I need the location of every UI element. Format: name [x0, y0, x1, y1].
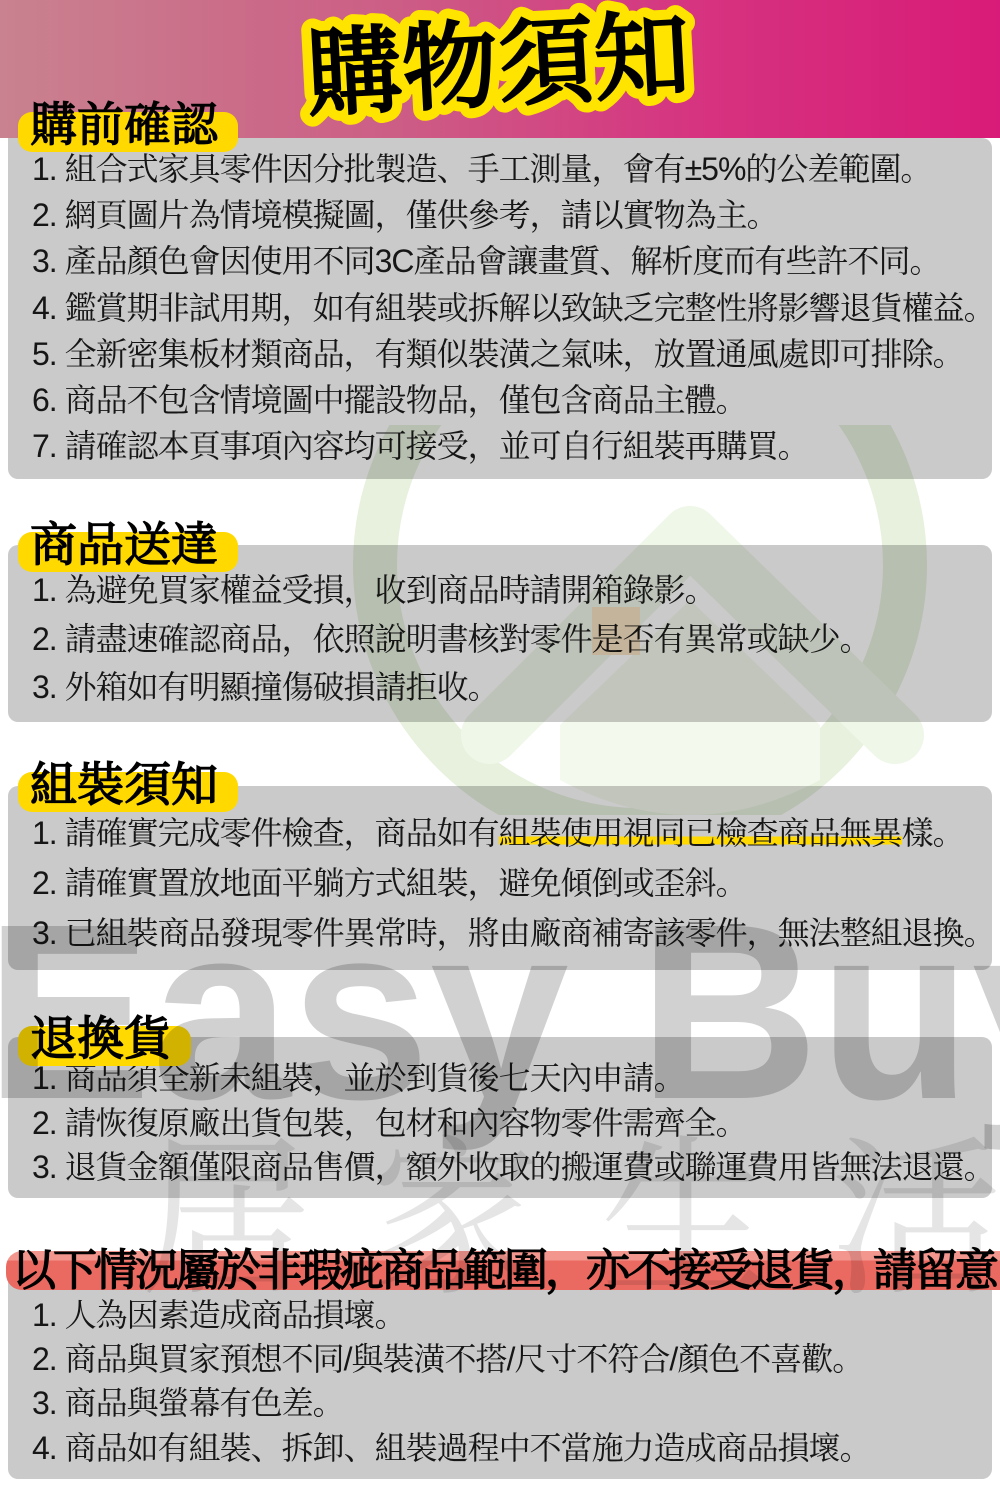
- panel-pre-purchase: 1. 組合式家具零件因分批製造、手工測量，會有±5%的公差範圍。2. 網頁圖片為…: [8, 138, 992, 479]
- notice-item: 5. 全新密集板材類商品，有類似裝潢之氣味，放置通風處即可排除。: [32, 337, 984, 373]
- page-title: 購物須知: [258, 0, 738, 134]
- notice-item: 3. 商品與螢幕有色差。: [32, 1386, 984, 1422]
- notice-item: 6. 商品不包含情境圖中擺設物品，僅包含商品主體。: [32, 383, 984, 419]
- section-heading-pre-purchase: 購前確認: [30, 88, 218, 155]
- notice-item: 1. 為避免買家權益受損，收到商品時請開箱錄影。: [32, 573, 984, 609]
- notice-item: 1. 商品須全新未組裝，並於到貨後七天內申請。: [32, 1061, 984, 1097]
- highlighted-text: 組裝使用視同已檢查商品無異: [499, 815, 902, 851]
- notice-list-pre-purchase: 1. 組合式家具零件因分批製造、手工測量，會有±5%的公差範圍。2. 網頁圖片為…: [8, 138, 992, 479]
- section-heading-assembly: 組裝須知: [30, 748, 218, 815]
- section-heading-delivery: 商品送達: [30, 508, 218, 575]
- section-heading-returns: 退換貨: [30, 1002, 171, 1069]
- notice-item: 3. 已組裝商品發現零件異常時，將由廠商補寄該零件，無法整組退換。: [32, 916, 984, 952]
- notice-item: 4. 商品如有組裝、拆卸、組裝過程中不當施力造成商品損壞。: [32, 1431, 984, 1467]
- notice-item: 1. 人為因素造成商品損壞。: [32, 1298, 984, 1334]
- notice-item: 7. 請確認本頁事項內容均可接受，並可自行組裝再購買。: [32, 429, 984, 465]
- notice-item: 2. 請確實置放地面平躺方式組裝，避免傾倒或歪斜。: [32, 866, 984, 902]
- page-title-art: 購物須知: [258, 0, 738, 134]
- notice-item: 3. 退貨金額僅限商品售價，額外收取的搬運費或聯運費用皆無法退還。: [32, 1150, 984, 1186]
- notice-item: 3. 產品顏色會因使用不同3C產品會讓畫質、解析度而有些許不同。: [32, 244, 984, 280]
- page-title-text: 購物須知: [303, 2, 692, 129]
- notice-item: 2. 請盡速確認商品，依照說明書核對零件是否有異常或缺少。: [32, 622, 984, 658]
- notice-item: 4. 鑑賞期非試用期，如有組裝或拆解以致缺乏完整性將影響退貨權益。: [32, 291, 984, 327]
- section-heading-non-defective: 以下情況屬於非瑕疵商品範圍，亦不接受退貨，請留意: [12, 1234, 996, 1298]
- notice-item: 2. 網頁圖片為情境模擬圖，僅供參考，請以實物為主。: [32, 198, 984, 234]
- notice-item: 2. 商品與買家預想不同/與裝潢不搭/尺寸不符合/顏色不喜歡。: [32, 1342, 984, 1378]
- notice-item: 3. 外箱如有明顯撞傷破損請拒收。: [32, 670, 984, 706]
- notice-item: 1. 組合式家具零件因分批製造、手工測量，會有±5%的公差範圍。: [32, 152, 984, 188]
- notice-item: 2. 請恢復原廠出貨包裝，包材和內容物零件需齊全。: [32, 1106, 984, 1142]
- shopping-notice-page: 購物須知 購前確認 商品送達 組裝須知 退換貨 以下情況屬於非瑕疵商品範圍，亦不…: [0, 0, 1000, 1500]
- notice-item: 1. 請確實完成零件檢查，商品如有組裝使用視同已檢查商品無異樣。: [32, 816, 984, 852]
